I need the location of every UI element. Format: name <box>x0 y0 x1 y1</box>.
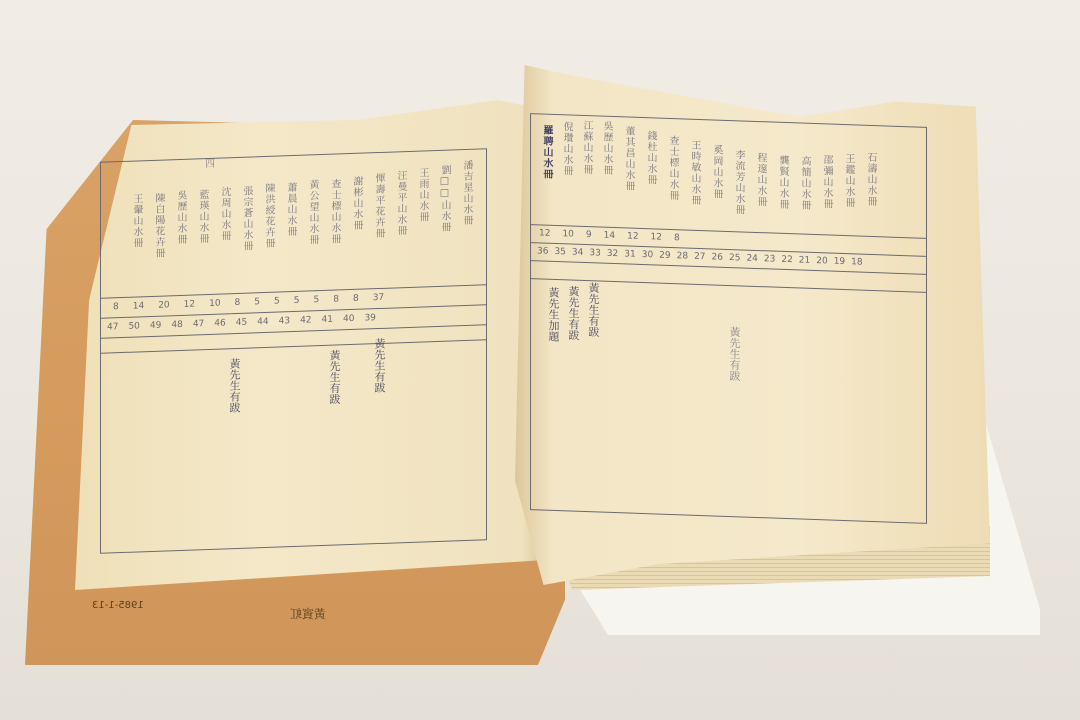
cover-date-mirrored: 1985-1-13 <box>92 600 144 611</box>
left-title-13: 藍瑛山水冊 <box>195 189 210 245</box>
annotation-note: 黃先生加題 <box>545 287 561 343</box>
table-rule <box>101 339 486 353</box>
right-title-5: 董其昌山水冊 <box>621 125 636 192</box>
left-title-11: 張宗蒼山水冊 <box>239 185 254 252</box>
right-title-10: 李流芳山水冊 <box>731 149 746 216</box>
annotation-note: 黃先生有跋 <box>326 349 342 405</box>
right-title-16: 石濤山水冊 <box>863 152 878 208</box>
right-title-1: 羅聘山水冊 <box>539 124 554 180</box>
right-title-8: 王時敏山水冊 <box>687 140 702 207</box>
left-title-6: 謝彬山水冊 <box>349 176 364 232</box>
left-title-8: 黃公望山水冊 <box>305 179 320 246</box>
annotation-note: 黃先生有跋 <box>371 338 387 394</box>
right-title-7: 查士標山水冊 <box>665 135 680 202</box>
left-title-10: 陳洪綬花卉冊 <box>261 183 276 250</box>
annotation-note: 黃先生有跋 <box>565 285 581 341</box>
annotation-note: 黃先生有跋 <box>226 358 242 414</box>
number-row-top: 12 10 9 14 12 12 8 <box>539 228 680 243</box>
left-title-7: 查士標山水冊 <box>327 178 342 245</box>
right-title-12: 龔賢山水冊 <box>775 155 790 211</box>
left-title-4: 汪曼平山水冊 <box>393 170 408 237</box>
right-title-2: 倪瓚山水冊 <box>559 121 574 177</box>
annotation-note: 黃先生有跋 <box>585 282 601 338</box>
left-title-16: 王翬山水冊 <box>129 193 144 249</box>
number-row-mid: 36 35 34 33 32 31 30 29 28 27 26 25 24 2… <box>537 246 863 267</box>
right-page-table: 羅聘山水冊 倪瓚山水冊 江蘇山水冊 吳歷山水冊 董其昌山水冊 錢杜山水冊 查士標… <box>530 113 927 524</box>
left-title-9: 蕭晨山水冊 <box>283 182 298 238</box>
left-title-5: 惲壽平花卉冊 <box>371 173 386 240</box>
left-page-table: 潘吉星山水冊 劉□□山水冊 王雨山水冊 汪曼平山水冊 惲壽平花卉冊 謝彬山水冊 … <box>100 148 487 554</box>
right-title-3: 江蘇山水冊 <box>579 120 594 176</box>
left-title-15: 陳白陽花卉冊 <box>151 192 166 259</box>
right-title-15: 王鑑山水冊 <box>841 153 856 209</box>
left-title-1: 潘吉星山水冊 <box>459 160 474 227</box>
right-title-14: 邵彌山水冊 <box>819 154 834 210</box>
left-title-2: 劉□□山水冊 <box>437 164 452 233</box>
right-title-9: 奚岡山水冊 <box>709 144 724 200</box>
left-title-12: 沈周山水冊 <box>217 186 232 242</box>
annotation-note: 黃先生有跋 <box>726 326 742 382</box>
right-title-6: 錢杜山水冊 <box>643 130 658 186</box>
left-title-3: 王雨山水冊 <box>415 167 430 223</box>
left-title-14: 吳歷山水冊 <box>173 190 188 246</box>
right-title-4: 吳歷山水冊 <box>599 120 614 176</box>
cover-stamp-text: 黃賓虹 <box>290 605 326 622</box>
right-title-13: 高簡山水冊 <box>797 155 812 211</box>
right-title-11: 程邃山水冊 <box>753 152 768 208</box>
